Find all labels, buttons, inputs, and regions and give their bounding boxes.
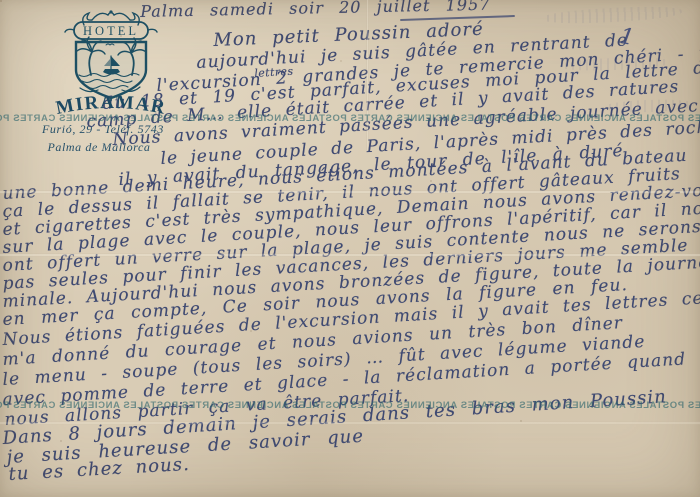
crease-horizontal	[0, 253, 700, 257]
hotel-name: MIRAMAR	[54, 92, 168, 116]
svg-text:MIRAMAR: MIRAMAR	[54, 92, 168, 116]
hotel-label: HOTEL	[83, 24, 139, 38]
paper-speckles	[0, 0, 2, 2]
ink-bleedthrough-smudge	[542, 4, 683, 25]
hotel-miramar-crest-icon: HOTEL MIRAMAR	[44, 8, 178, 116]
crease-horizontal	[0, 190, 700, 194]
inserted-word: lettres	[254, 65, 294, 80]
letter-page: HOTEL MIRAMAR Furió, 29 - Teléf. 5743 Pa…	[0, 0, 700, 497]
crease-vertical	[366, 0, 369, 150]
crease-horizontal	[0, 421, 700, 425]
